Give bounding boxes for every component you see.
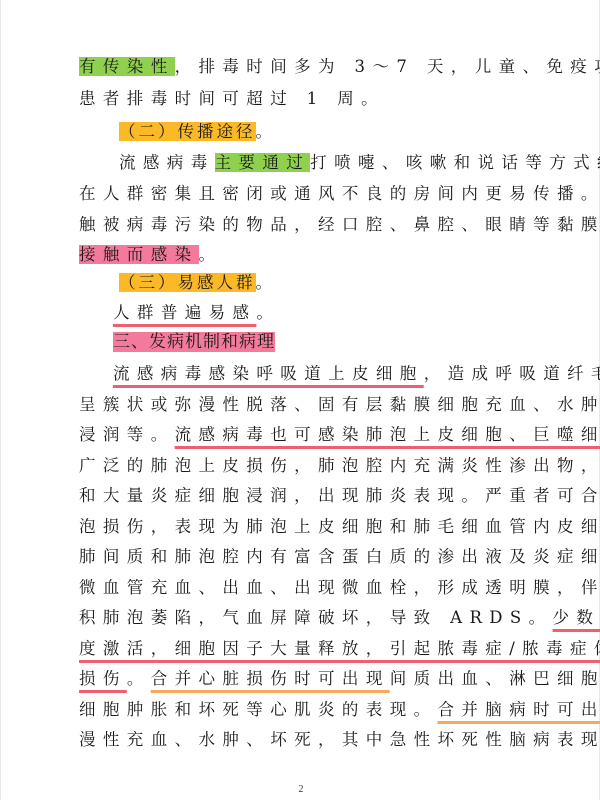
text: 患者排毒时间可超过 1 周。 xyxy=(79,89,385,108)
highlight-orange: （二）传播途径 xyxy=(119,122,256,141)
text: 间质出血、淋巴细胞浸润、心肌 xyxy=(390,669,600,688)
underline-orange: 合并脑病时可出现 xyxy=(438,700,600,719)
paragraph-line: 浸润等。流感病毒也可感染肺泡上皮细胞、巨噬细胞等，造成 xyxy=(79,420,523,450)
underline-red: 度激活，细胞因子大量释放，引起脓毒症/脓毒症休克、多器官 xyxy=(79,639,600,658)
underline-red: 人群普遍易感 xyxy=(113,303,256,322)
paragraph-line: 触被病毒污染的物品，经口腔、鼻腔、眼睛等黏膜直接或间接 xyxy=(79,210,523,240)
section-heading-susceptible: （三）易感人群。 xyxy=(119,268,523,298)
text: 在人群密集且密闭或通风不良的房间内更易传播。 xyxy=(79,184,600,203)
underline-red: 少数病例免疫反应过 xyxy=(553,608,600,627)
underline-red: 流感病毒感染呼吸道上皮细胞 xyxy=(113,364,424,383)
text: 。 xyxy=(256,273,276,292)
paragraph-line: 损伤。合并心脏损伤时可出现间质出血、淋巴细胞浸润、心肌 xyxy=(79,664,523,694)
text: 打喷嚏、咳嗽和说话等方式经 xyxy=(310,153,600,172)
text: 积肺泡萎陷，气血屏障破坏，导致 ARDS。 xyxy=(79,608,553,627)
underline-red: 损伤 xyxy=(79,669,127,688)
paragraph-line: 微血管充血、出血、出现微血栓，形成透明膜，伴灶性或大面 xyxy=(79,573,523,603)
text: 漫性充血、水肿、坏死，其中急性坏死性脑病表现为丘脑为主 xyxy=(79,730,600,749)
underline-red: 流感病毒也可感染肺泡上皮细胞、巨噬细胞等 xyxy=(175,425,600,444)
text: 细胞肿胀和坏死等心肌炎的表现。 xyxy=(79,700,438,719)
highlight-orange: （三）易感人群 xyxy=(119,273,256,292)
text: 。 xyxy=(127,669,151,688)
text: 。 xyxy=(256,122,276,141)
page-number: 2 xyxy=(1,784,600,795)
text: 肺间质和肺泡腔内有富含蛋白质的渗出液及炎症细胞浸润，肺 xyxy=(79,547,600,566)
paragraph-line: 漫性充血、水肿、坏死，其中急性坏死性脑病表现为丘脑为主 xyxy=(79,725,523,755)
highlight-green: 有传染性 xyxy=(79,57,175,76)
paragraph-line: 和大量炎症细胞浸润，出现肺炎表现。严重者可合并弥漫性肺 xyxy=(79,481,523,511)
text: 流感病毒 xyxy=(119,153,215,172)
text: 触被病毒污染的物品，经口腔、鼻腔、眼睛等黏膜 xyxy=(79,215,600,234)
paragraph-line: 广泛的肺泡上皮损伤，肺泡腔内充满炎性渗出物，肺间质水肿 xyxy=(79,451,523,481)
highlight-pink: 三、发病机制和病理 xyxy=(113,332,275,352)
text: 浸润等。 xyxy=(79,425,175,444)
text: 。 xyxy=(199,245,223,264)
highlight-pink: 接触而感染 xyxy=(79,245,199,264)
paragraph-line: 接触而感染。 xyxy=(79,240,523,270)
text: 广泛的肺泡上皮损伤，肺泡腔内充满炎性渗出物，肺间质水肿 xyxy=(79,456,600,475)
underline-orange: 合并心脏损伤时可出现 xyxy=(151,669,390,688)
text: 呈簇状或弥漫性脱落、固有层黏膜细胞充血、水肿伴单核细胞 xyxy=(79,395,600,414)
paragraph-line: 在人群密集且密闭或通风不良的房间内更易传播。也可通过接 xyxy=(79,179,523,209)
section-heading-transmission: （二）传播途径。 xyxy=(119,117,523,147)
text: 。 xyxy=(256,303,280,322)
paragraph-line: 患者排毒时间可超过 1 周。 xyxy=(79,84,523,114)
paragraph-line: 呈簇状或弥漫性脱落、固有层黏膜细胞充血、水肿伴单核细胞 xyxy=(79,390,523,420)
text: ，造成呼吸道纤毛上皮细胞 xyxy=(424,364,600,383)
paragraph-line: 流感病毒主要通过打喷嚏、咳嗽和说话等方式经空气传播， xyxy=(119,148,523,178)
paragraph-line: 度激活，细胞因子大量释放，引起脓毒症/脓毒症休克、多器官 xyxy=(79,634,523,664)
text: 泡损伤，表现为肺泡上皮细胞和肺毛细血管内皮细胞损伤坏死， xyxy=(79,517,600,536)
paragraph-line: 流感病毒感染呼吸道上皮细胞，造成呼吸道纤毛上皮细胞 xyxy=(113,359,517,389)
document-page: 有传染性，排毒时间多为 3～7 天，儿童、免疫功能受损及危重 患者排毒时间可超过… xyxy=(0,0,600,800)
paragraph-line: 细胞肿胀和坏死等心肌炎的表现。合并脑病时可出现脑组织弥 xyxy=(79,695,523,725)
paragraph-line: 肺间质和肺泡腔内有富含蛋白质的渗出液及炎症细胞浸润，肺 xyxy=(79,542,523,572)
paragraph-line: 积肺泡萎陷，气血屏障破坏，导致 ARDS。少数病例免疫反应过 xyxy=(79,603,523,633)
highlight-green: 主要通过 xyxy=(215,153,311,172)
text: ，排毒时间多为 3～7 天，儿童、免疫功能受损及危重 xyxy=(175,57,600,76)
paragraph-line: 泡损伤，表现为肺泡上皮细胞和肺毛细血管内皮细胞损伤坏死， xyxy=(79,512,523,542)
section-heading-pathogenesis: 三、发病机制和病理 xyxy=(113,327,517,357)
paragraph-line: 有传染性，排毒时间多为 3～7 天，儿童、免疫功能受损及危重 xyxy=(79,52,523,82)
paragraph-line: 人群普遍易感。 xyxy=(113,298,517,328)
text: 微血管充血、出血、出现微血栓，形成透明膜，伴灶性或大面 xyxy=(79,578,600,597)
text: 和大量炎症细胞浸润，出现肺炎表现。严重者可合并弥漫性肺 xyxy=(79,486,600,505)
